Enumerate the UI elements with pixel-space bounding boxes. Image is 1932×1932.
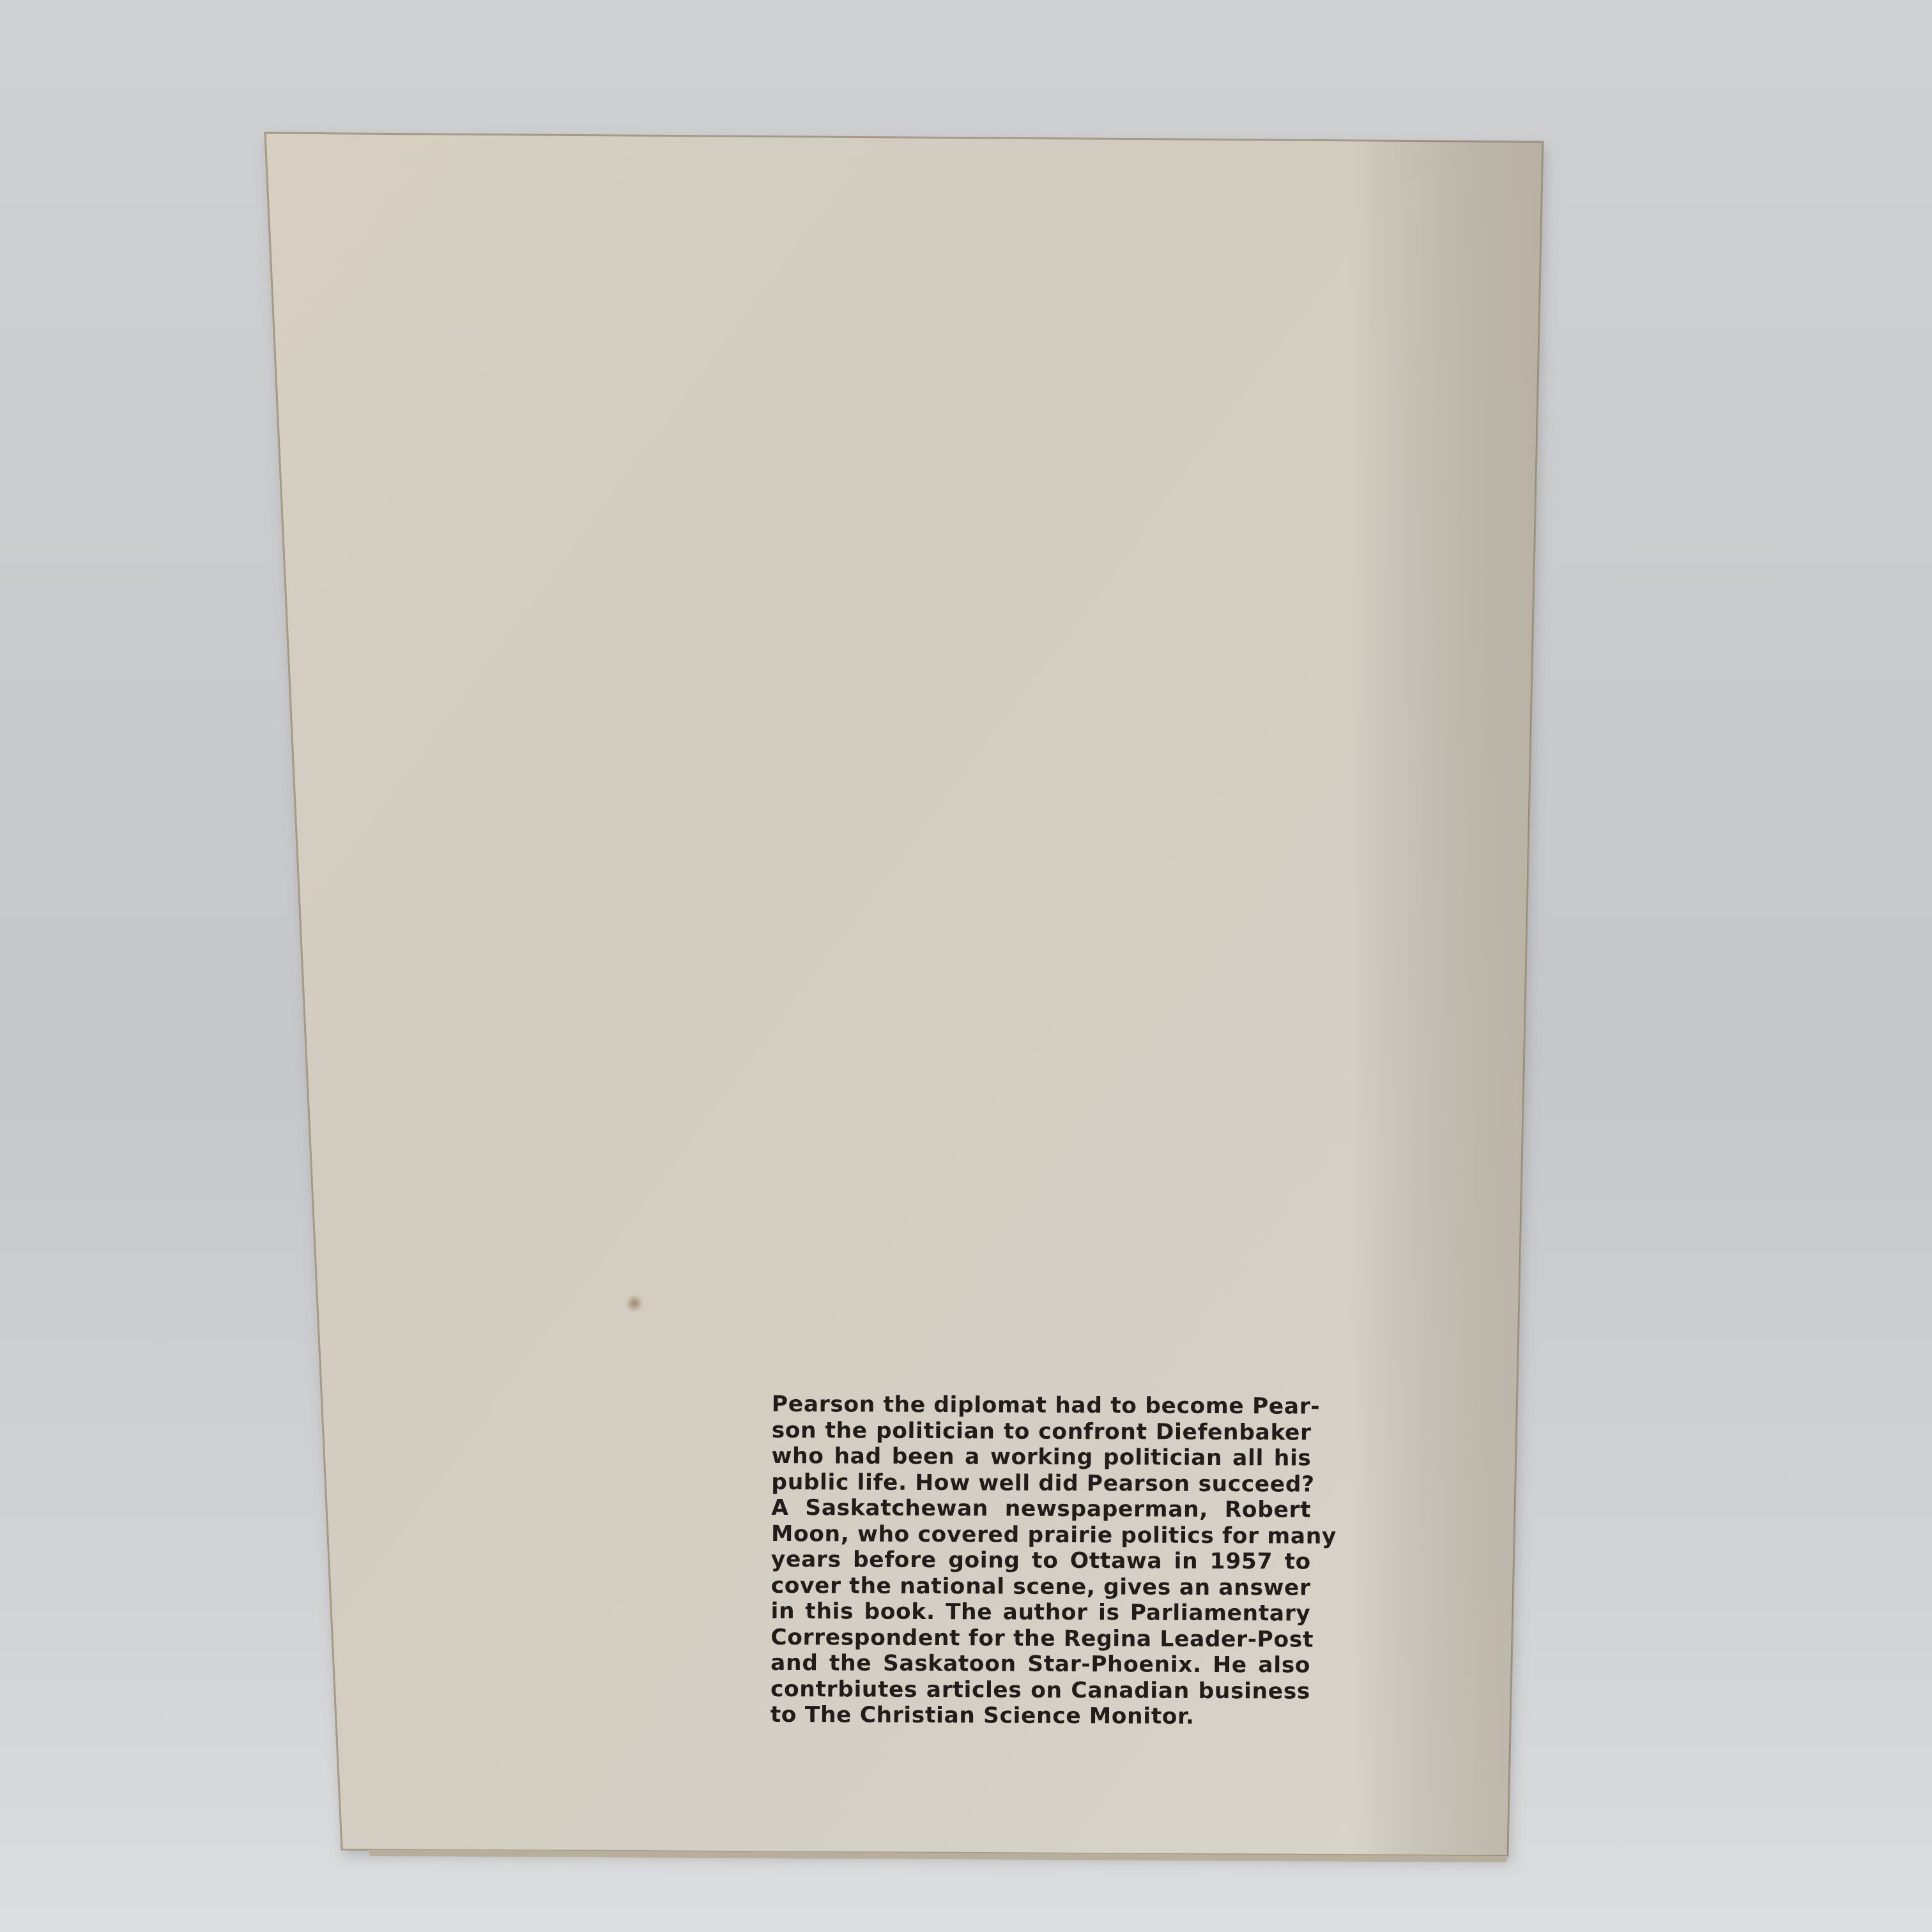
back-cover-blurb: Pearson the diplomat had to become Pear-… — [770, 1391, 1312, 1730]
blurb-line: son the politician to confront Diefenbak… — [772, 1417, 1312, 1445]
blurb-line: contrbiutes articles on Canadian busines… — [770, 1676, 1310, 1704]
photo-scene: Pearson the diplomat had to become Pear-… — [0, 0, 1932, 1932]
blurb-line: in this book. The author is Parliamentar… — [770, 1598, 1310, 1627]
stain-spot — [625, 1294, 643, 1312]
blurb-line: A Saskatchewan newspaperman, Robert — [771, 1495, 1311, 1523]
blurb-line: Moon, who covered prairie politics for m… — [771, 1521, 1311, 1549]
blurb-line: Correspondent for the Regina Leader-Post — [770, 1624, 1310, 1652]
blurb-line: Pearson the diplomat had to become Pear- — [772, 1391, 1312, 1420]
blurb-line: years before going to Ottawa in 1957 to — [771, 1547, 1311, 1575]
blurb-line: cover the national scene, gives an answe… — [771, 1572, 1311, 1600]
blurb-line: to The Christian Science Monitor. — [770, 1702, 1310, 1730]
blurb-line: and the Saskatoon Star-Phoenix. He also — [770, 1650, 1310, 1678]
blurb-line: public life. How well did Pearson succee… — [771, 1469, 1311, 1497]
blurb-line: who had been a working politician all hi… — [771, 1443, 1311, 1471]
